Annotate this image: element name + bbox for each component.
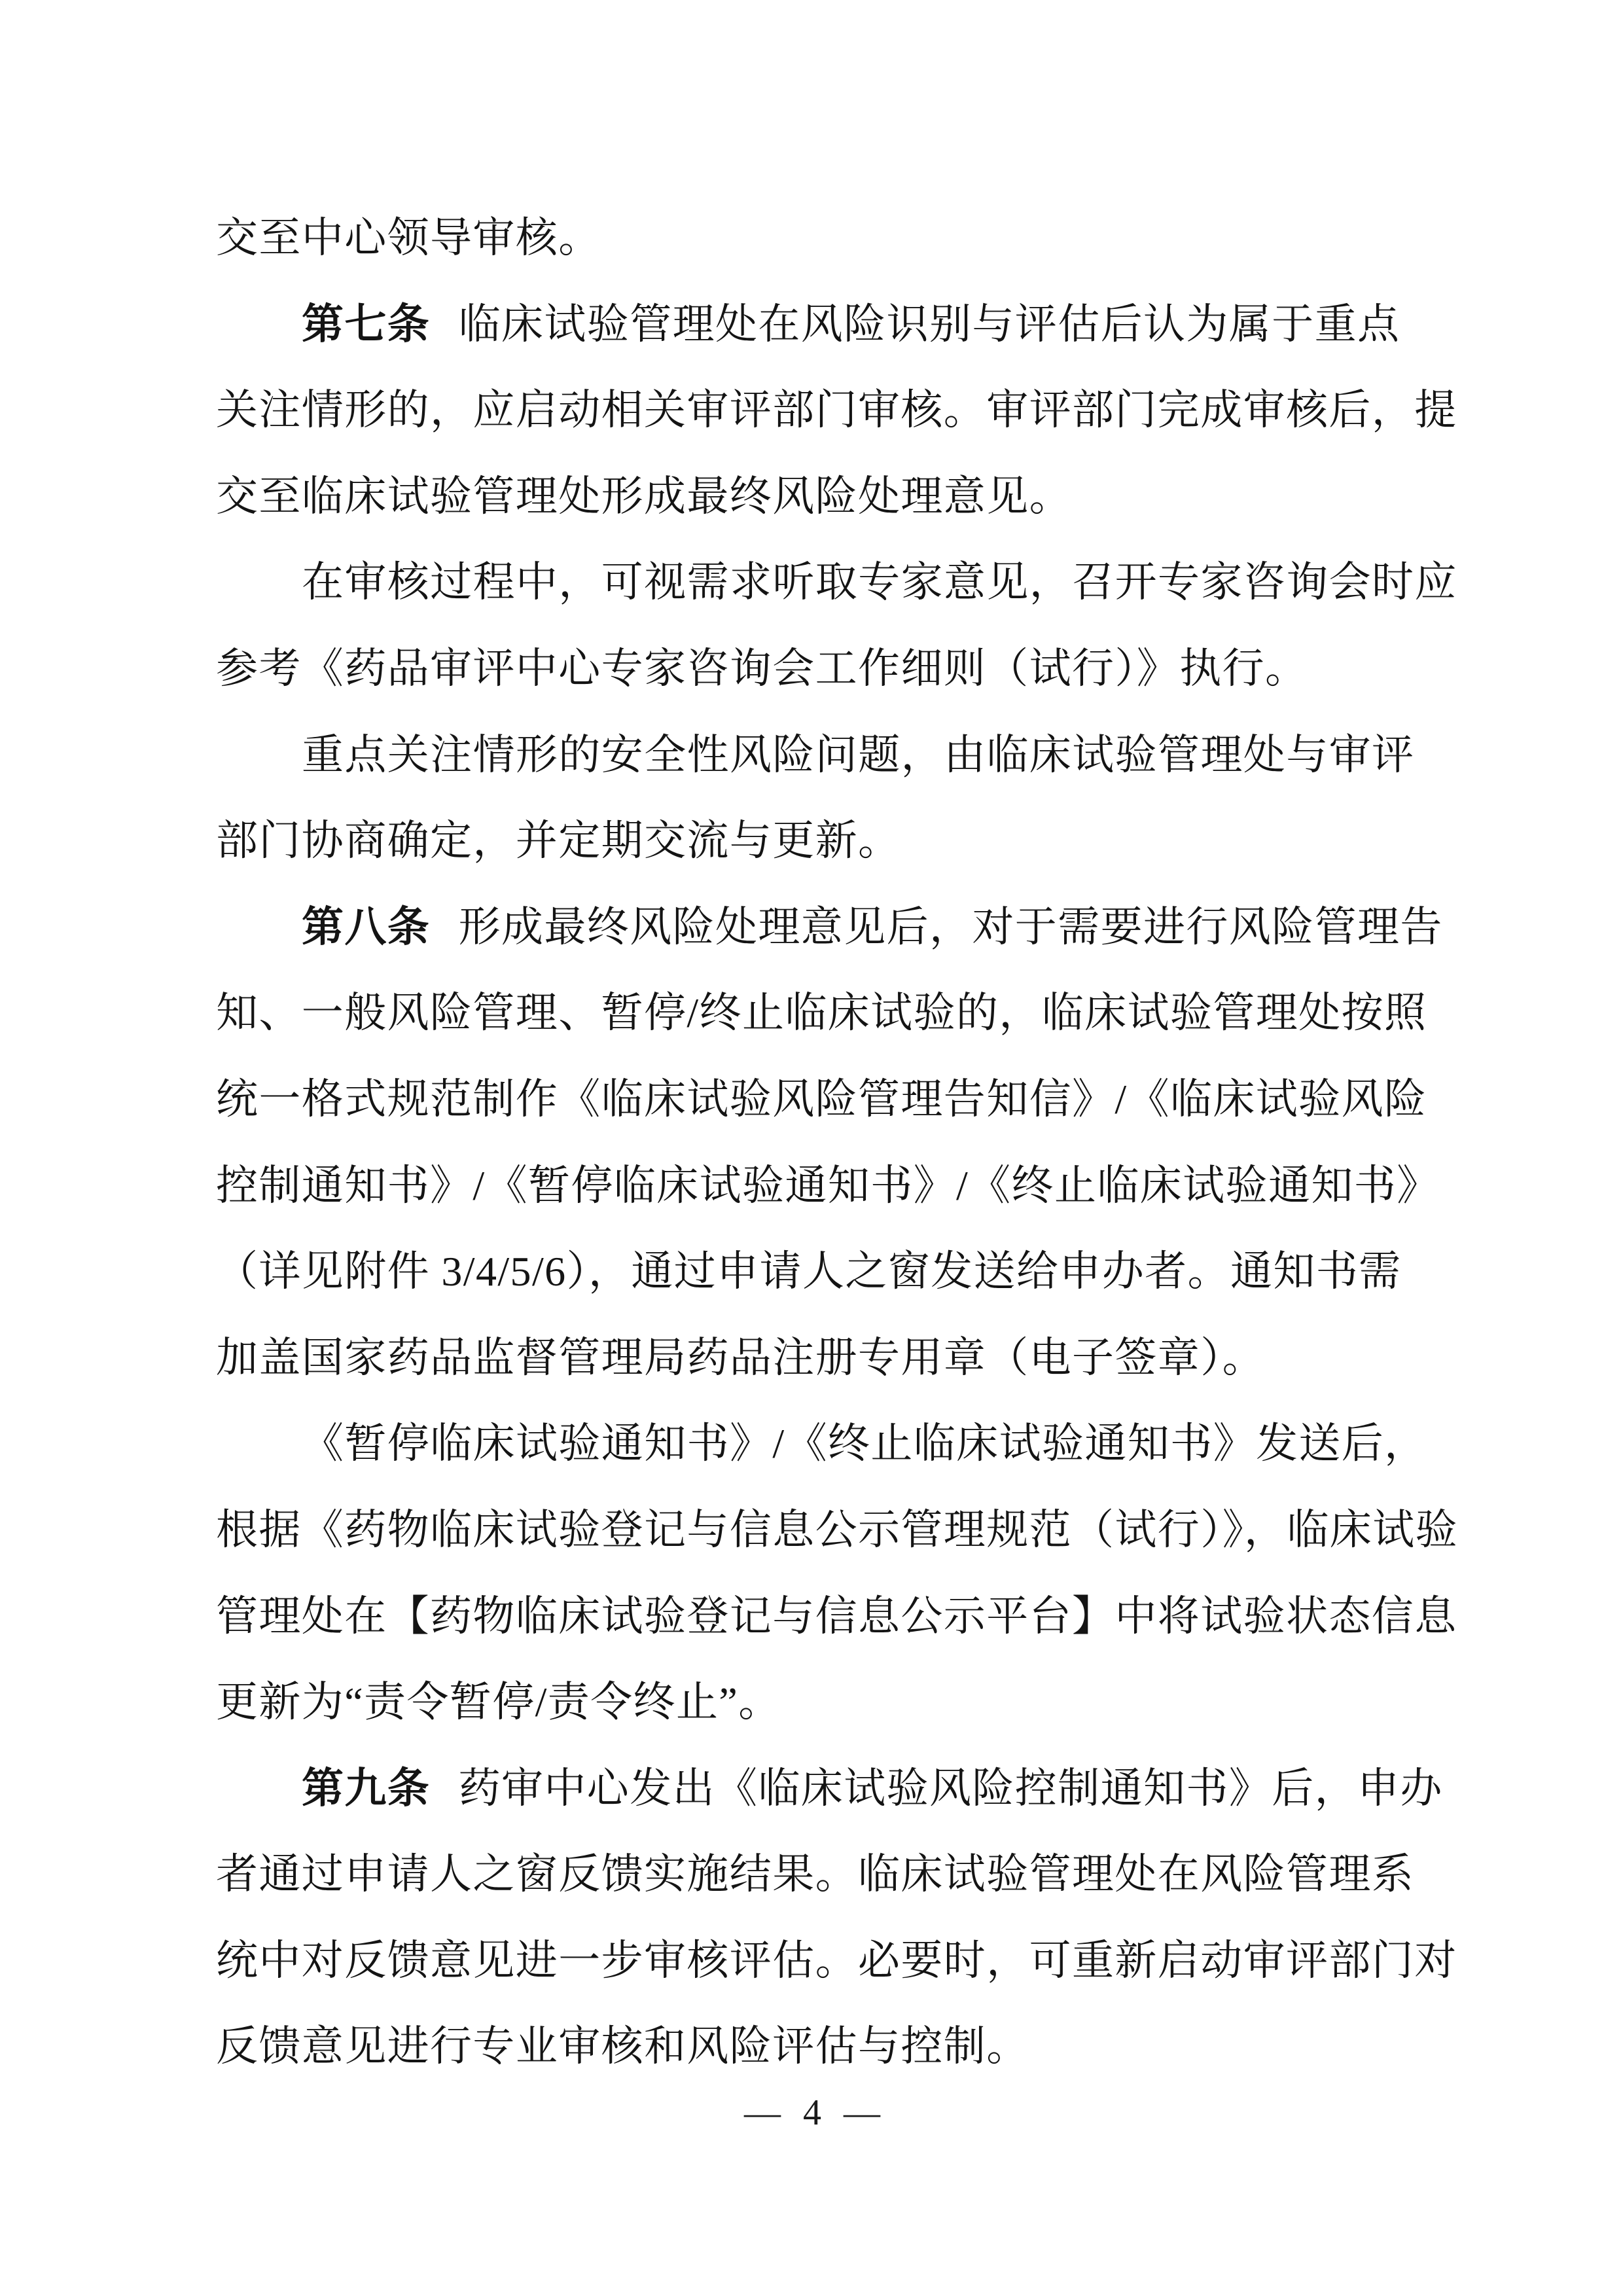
line-text: 加盖国家药品监督管理局药品注册专用章（电子签章）。: [216, 1335, 1265, 1381]
text-line: （详见附件 3/4/5/6），通过申请人之窗发送给申办者。通知书需: [216, 1229, 1415, 1315]
line-text: 参考《药品审评中心专家咨询会工作细则（试行）》执行。: [216, 645, 1308, 692]
text-line-article-8: 第八条 形成最终风险处理意见后，对于需要进行风险管理告: [216, 884, 1415, 971]
line-text: 更新为“责令暂停/责令终止”。: [216, 1679, 781, 1725]
text-line: 知、一般风险管理、暂停/终止临床试验的，临床试验管理处按照: [216, 970, 1415, 1056]
line-text: 管理处在【药物临床试验登记与信息公示平台】中将试验状态信息: [216, 1593, 1457, 1640]
text-line: 参考《药品审评中心专家咨询会工作细则（试行）》执行。: [216, 626, 1415, 712]
page-footer: — 4 —: [216, 2090, 1415, 2136]
text-line: 在审核过程中，可视需求听取专家意见，召开专家咨询会时应: [216, 539, 1415, 626]
article-number: 第八条: [302, 904, 430, 950]
text-line: 者通过申请人之窗反馈实施结果。临床试验管理处在风险管理系: [216, 1831, 1415, 1918]
line-text: 控制通知书》/《暂停临床试验通知书》/《终止临床试验通知书》: [216, 1162, 1440, 1209]
line-text: 反馈意见进行专业审核和风险评估与控制。: [216, 2023, 1029, 2070]
text-line: 关注情形的，应启动相关审评部门审核。审评部门完成审核后，提: [216, 367, 1415, 454]
text-line: 部门协商确定，并定期交流与更新。: [216, 798, 1415, 884]
text-line: 加盖国家药品监督管理局药品注册专用章（电子签章）。: [216, 1315, 1415, 1401]
line-text: 关注情形的，应启动相关审评部门审核。审评部门完成审核后，提: [216, 387, 1457, 433]
document-page: 交至中心领导审核。 第七条 临床试验管理处在风险识别与评估后认为属于重点 关注情…: [0, 0, 1623, 2296]
line-text: 在审核过程中，可视需求听取专家意见，召开专家咨询会时应: [302, 559, 1457, 605]
line-text: 交至临床试验管理处形成最终风险处理意见。: [216, 473, 1072, 520]
page-number: — 4 —: [744, 2092, 887, 2133]
line-text: 临床试验管理处在风险识别与评估后认为属于重点: [447, 301, 1400, 348]
line-text: 统中对反馈意见进一步审核评估。必要时，可重新启动审评部门对: [216, 1937, 1457, 1984]
line-text: 形成最终风险处理意见后，对于需要进行风险管理告: [447, 904, 1443, 950]
line-text: 交至中心领导审核。: [216, 215, 601, 261]
text-line: 控制通知书》/《暂停临床试验通知书》/《终止临床试验通知书》: [216, 1143, 1415, 1229]
line-text: 部门协商确定，并定期交流与更新。: [216, 817, 901, 864]
article-number: 第七条: [302, 301, 430, 348]
line-text: 知、一般风险管理、暂停/终止临床试验的，临床试验管理处按照: [216, 990, 1427, 1036]
line-text: 《暂停临床试验通知书》/《终止临床试验通知书》发送后，: [302, 1420, 1427, 1467]
text-line: 交至临床试验管理处形成最终风险处理意见。: [216, 454, 1415, 540]
text-line: 根据《药物临床试验登记与信息公示管理规范（试行）》，临床试验: [216, 1487, 1415, 1573]
line-text: 根据《药物临床试验登记与信息公示管理规范（试行）》，临床试验: [216, 1507, 1458, 1553]
line-text: 药审中心发出《临床试验风险控制通知书》后，申办: [447, 1765, 1443, 1812]
line-text: 者通过申请人之窗反馈实施结果。临床试验管理处在风险管理系: [216, 1851, 1414, 1897]
text-line: 反馈意见进行专业审核和风险评估与控制。: [216, 2003, 1415, 2090]
text-line: 交至中心领导审核。: [216, 195, 1415, 281]
document-body: 交至中心领导审核。 第七条 临床试验管理处在风险识别与评估后认为属于重点 关注情…: [216, 195, 1415, 2090]
text-line: 统中对反馈意见进一步审核评估。必要时，可重新启动审评部门对: [216, 1918, 1415, 2004]
text-line: 管理处在【药物临床试验登记与信息公示平台】中将试验状态信息: [216, 1573, 1415, 1660]
text-line-article-9: 第九条 药审中心发出《临床试验风险控制通知书》后，申办: [216, 1746, 1415, 1832]
text-line: 《暂停临床试验通知书》/《终止临床试验通知书》发送后，: [216, 1401, 1415, 1487]
line-text: （详见附件 3/4/5/6），通过申请人之窗发送给申办者。通知书需: [216, 1248, 1402, 1295]
text-line: 更新为“责令暂停/责令终止”。: [216, 1659, 1415, 1746]
text-line: 重点关注情形的安全性风险问题，由临床试验管理处与审评: [216, 712, 1415, 798]
article-number: 第九条: [302, 1765, 430, 1812]
line-text: 重点关注情形的安全性风险问题，由临床试验管理处与审评: [302, 732, 1414, 778]
line-text: 统一格式规范制作《临床试验风险管理告知信》/《临床试验风险: [216, 1076, 1427, 1122]
text-line-article-7: 第七条 临床试验管理处在风险识别与评估后认为属于重点: [216, 281, 1415, 368]
text-line: 统一格式规范制作《临床试验风险管理告知信》/《临床试验风险: [216, 1056, 1415, 1143]
